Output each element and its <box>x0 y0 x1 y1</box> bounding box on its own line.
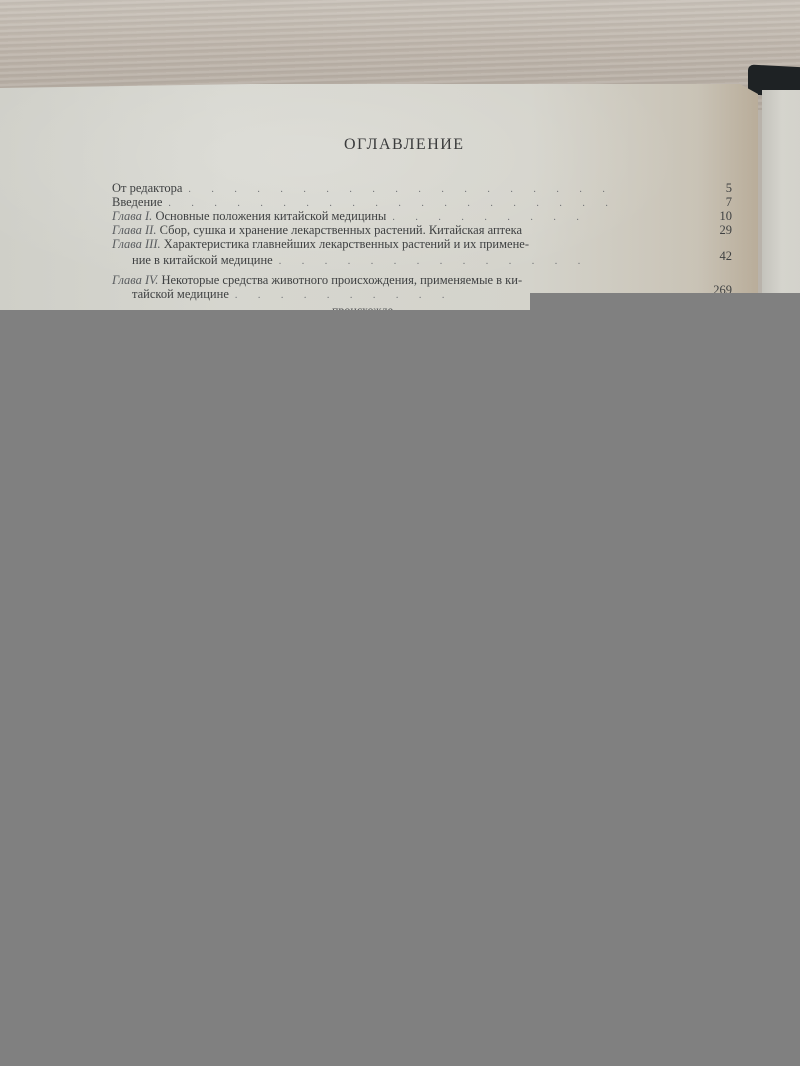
entry-text: Некоторые средства животного происхожден… <box>158 273 522 287</box>
table-of-contents: От редактора. . . . . . . . . . . . . . … <box>112 181 732 301</box>
toc-entry: Глава I. Основные положения китайской ме… <box>112 209 732 223</box>
toc-entry: Глава II. Сбор, сушка и хранение лекарст… <box>112 223 732 237</box>
page-number: 42 <box>692 249 732 263</box>
entry-text: От редактора <box>112 181 182 195</box>
toc-entry-continuation: ние в китайской медицине. . . . . . . . … <box>112 253 732 267</box>
entry-text: Характеристика главнейших лекарственных … <box>161 237 529 251</box>
leader-dots: . . . . . . . . . . . . . . . . . . . . <box>168 198 617 209</box>
entry-text: Основные положения китайской медицины <box>152 209 386 223</box>
page-title: ОГЛАВЛЕНИЕ <box>344 136 465 154</box>
leader-dots: . . . . . . . . . . <box>235 290 454 301</box>
chapter-label: Глава I. <box>112 209 152 223</box>
redaction-block <box>0 310 800 1066</box>
toc-entry: Глава III. Характеристика главнейших лек… <box>112 237 732 251</box>
toc-entry: Глава IV. Некоторые средства животного п… <box>112 273 732 287</box>
entry-text: ние в китайской медицине <box>132 253 273 267</box>
chapter-label: Глава IV. <box>112 273 158 287</box>
toc-entry: От редактора. . . . . . . . . . . . . . … <box>112 181 732 195</box>
leader-dots: . . . . . . . . . . . . . . . . . . . <box>188 184 614 195</box>
entry-text: тайской медицине <box>132 287 229 301</box>
leader-dots: . . . . . . . . . <box>392 212 588 223</box>
page-number: 7 <box>692 195 732 209</box>
page-number: 29 <box>692 223 732 237</box>
page-number: 5 <box>692 181 732 195</box>
chapter-label: Глава II. <box>112 223 156 237</box>
entry-text: Сбор, сушка и хранение лекарственных рас… <box>156 223 522 237</box>
leader-dots: . . . . . . . . . . . . . . <box>279 256 590 267</box>
entry-text: Введение <box>112 195 162 209</box>
page-number: 10 <box>692 209 732 223</box>
chapter-label: Глава III. <box>112 237 161 251</box>
toc-entry: Введение. . . . . . . . . . . . . . . . … <box>112 195 732 209</box>
